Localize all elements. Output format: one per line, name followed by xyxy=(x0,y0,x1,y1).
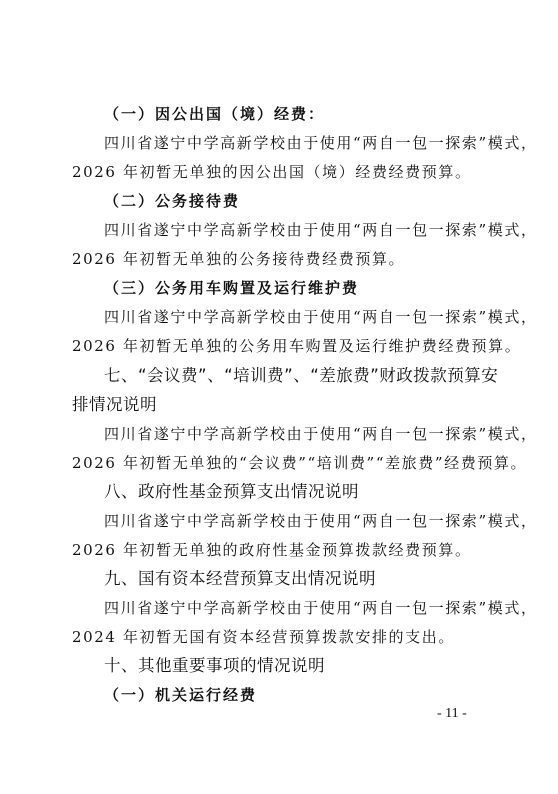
heading-section-8: 八、政府性基金预算支出情况说明 xyxy=(104,482,359,502)
paragraph-line: 2026 年初暂无单独的政府性基金预算拨款经费预算。 xyxy=(72,540,472,560)
subheading-operating-expenses: （一）机关运行经费 xyxy=(104,685,257,705)
paragraph-line: 2024 年初暂无国有资本经营预算拨款安排的支出。 xyxy=(72,627,455,647)
paragraph-line: 2026 年初暂无单独的“会议费”“培训费”“差旅费”经费预算。 xyxy=(72,453,527,473)
paragraph-line: 四川省遂宁中学高新学校由于使用“两自一包一探索”模式， xyxy=(104,424,538,444)
paragraph-line: 四川省遂宁中学高新学校由于使用“两自一包一探索”模式， xyxy=(104,220,538,240)
paragraph-line: 2026 年初暂无单独的公务接待费经费预算。 xyxy=(72,249,405,269)
paragraph-line: 2026 年初暂无单独的因公出国（境）经费经费预算。 xyxy=(72,162,472,182)
heading-section-9: 九、国有资本经营预算支出情况说明 xyxy=(104,569,376,589)
paragraph-line: 2026 年初暂无单独的公务用车购置及运行维护费经费预算。 xyxy=(72,336,521,356)
page-number: - 11 - xyxy=(437,706,467,722)
paragraph-line: 四川省遂宁中学高新学校由于使用“两自一包一探索”模式， xyxy=(104,511,538,531)
subheading-overseas-expenses: （一）因公出国（境）经费： xyxy=(104,104,325,124)
paragraph-line: 四川省遂宁中学高新学校由于使用“两自一包一探索”模式， xyxy=(104,133,538,153)
subheading-vehicle-expenses: （三）公务用车购置及运行维护费 xyxy=(104,278,359,298)
paragraph-line: 四川省遂宁中学高新学校由于使用“两自一包一探索”模式， xyxy=(104,307,538,327)
subheading-reception-expenses: （二）公务接待费 xyxy=(104,191,240,211)
heading-section-10: 十、其他重要事项的情况说明 xyxy=(104,656,325,676)
paragraph-line: 四川省遂宁中学高新学校由于使用“两自一包一探索”模式， xyxy=(104,598,538,618)
heading-section-7: 七、“会议费”、“培训费”、“差旅费”财政拨款预算安 xyxy=(104,366,498,386)
heading-section-7-cont: 排情况说明 xyxy=(72,395,157,415)
